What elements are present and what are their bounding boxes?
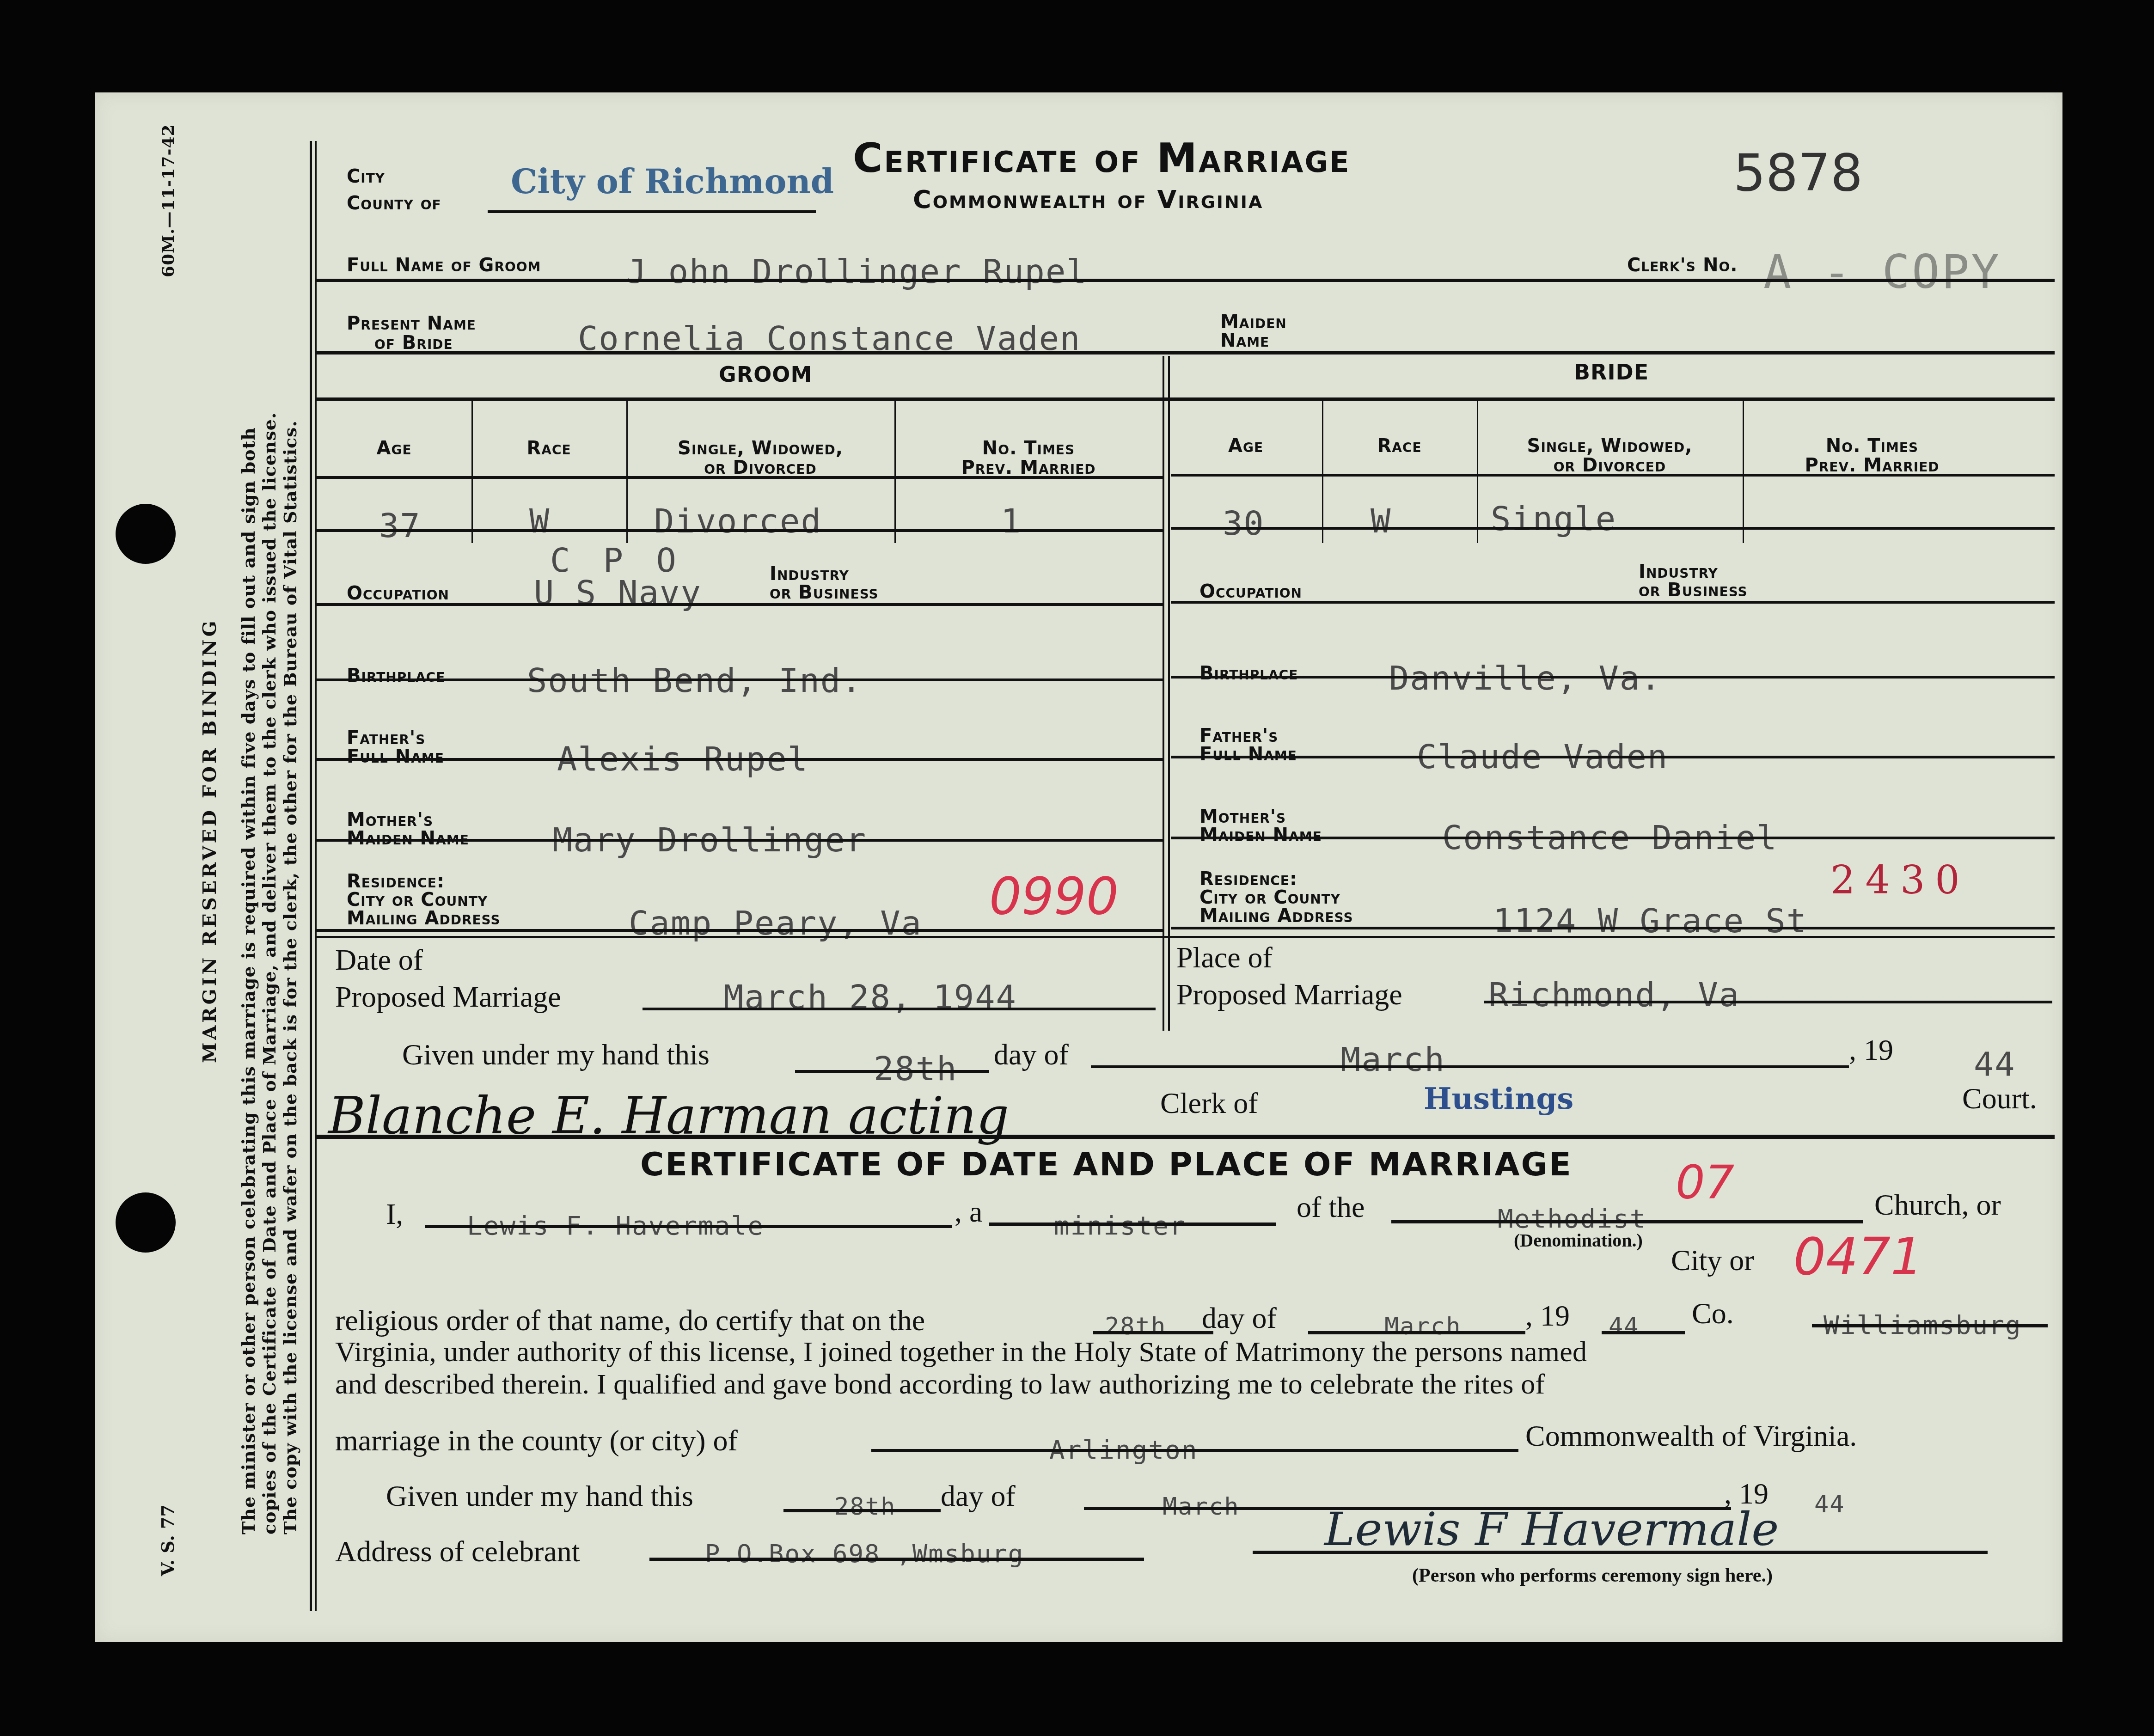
bride-times-header-2: Prev. Married [1743, 455, 2001, 476]
groom-status-value: Divorced [654, 501, 822, 540]
groom-bride-divider [1163, 356, 1164, 1031]
marriage-county-line [1812, 1324, 2048, 1327]
county-of-label: County of [347, 193, 441, 214]
groom-industry-label-1: Industry [770, 564, 849, 584]
bride-status-header-2: or Divorced [1477, 455, 1743, 476]
groom-father-line [317, 758, 1163, 761]
groom-residence-label-3: Mailing Address [347, 908, 501, 929]
a-label: , a [955, 1195, 982, 1229]
proposed-date-value: March 28, 1944 [723, 978, 1017, 1016]
groom-residence-label-2: City or County [347, 890, 488, 910]
groom-occupation-label: Occupation [347, 583, 449, 604]
maiden-name-label-1: Maiden [1220, 312, 1287, 332]
bride-header-line [1171, 474, 2055, 477]
binding-hole-top [116, 504, 176, 564]
address-label: Address of celebrant [335, 1534, 580, 1569]
denomination-label: (Denomination.) [1514, 1229, 1643, 1251]
groom-times-header-2: Prev. Married [894, 458, 1163, 478]
bride-age-value: 30 [1223, 504, 1265, 543]
groom-age-header: Age [317, 438, 471, 458]
groom-industry-label-2: or Business [770, 582, 879, 603]
license-day-line [795, 1070, 989, 1073]
bride-name-line [317, 351, 2055, 355]
binding-hole-bottom [116, 1192, 176, 1253]
marriage-year-prefix: , 19 [1525, 1299, 1570, 1333]
celebrant-given-year: 44 [1814, 1491, 1845, 1518]
bride-race-value: W [1371, 501, 1391, 540]
denomination-line [1391, 1220, 1863, 1223]
bride-age-header: Age [1169, 436, 1322, 456]
date-label-1: Date of [335, 943, 423, 977]
city-label: City [347, 166, 385, 187]
place-label-2: Proposed Marriage [1176, 978, 1402, 1012]
celebrant-title-value: minister [1054, 1211, 1186, 1241]
license-year-prefix: , 19 [1849, 1033, 1893, 1067]
clerk-of-label: Clerk of [1160, 1086, 1258, 1120]
county-text: marriage in the county (or city) of [335, 1424, 738, 1458]
body-line-1: Virginia, under authority of this licens… [335, 1336, 1587, 1369]
marriage-year-value: 44 [1609, 1313, 1640, 1340]
groom-status-header-2: or Divorced [626, 458, 894, 478]
license-month-line [1091, 1065, 1849, 1068]
groom-occupation-line [317, 603, 1163, 606]
celebrant-given-day: 28th [834, 1493, 896, 1521]
bride-father-label-1: Father's [1199, 726, 1278, 746]
bride-times-header-1: No. Times [1743, 436, 2001, 456]
religious-order-text: religious order of that name, do certify… [335, 1303, 925, 1338]
groom-residence-line [317, 929, 1163, 932]
certificate-code-07: 07 [1676, 1155, 1734, 1210]
marriage-year-line [1602, 1331, 1685, 1334]
bride-occupation-line [1171, 601, 2055, 604]
co-label: Co. [1692, 1296, 1734, 1331]
certificate-title: Certificate of Marriage [853, 134, 1351, 182]
certificate-subtitle: Commonwealth of Virginia [913, 185, 1263, 214]
values-line-bride [1171, 527, 2055, 530]
license-day-of: day of [994, 1038, 1069, 1072]
court-name-stamp: Hustings [1424, 1082, 1573, 1116]
bride-residence-label-3: Mailing Address [1199, 906, 1353, 926]
body-line-2: and described therein. I qualified and g… [335, 1368, 1545, 1401]
groom-father-label-1: Father's [347, 728, 425, 748]
residence-bottom-line [317, 936, 2055, 938]
date-line [643, 1008, 1156, 1010]
celebrant-day-line [783, 1509, 941, 1512]
proposed-place-value: Richmond, Va [1488, 975, 1740, 1014]
groom-mother-label-2: Maiden Name [347, 828, 469, 849]
margin-divider-line-inner [315, 141, 317, 1611]
bride-residence-value: 1124 W Grace St [1493, 901, 1807, 940]
of-the-label: of the [1297, 1190, 1365, 1224]
marriage-month-line [1308, 1331, 1525, 1334]
groom-father-label-2: Full Name [347, 746, 444, 767]
license-given-day: 28th [874, 1049, 957, 1088]
groom-mother-label-1: Mother's [347, 810, 433, 830]
groom-status-header-1: Single, Widowed, [626, 438, 894, 458]
license-given-text: Given under my hand this [402, 1038, 710, 1072]
bride-residence-line [1171, 927, 2055, 929]
county-underline [488, 210, 816, 213]
bride-section-title: BRIDE [1574, 360, 1649, 385]
date-label-2: Proposed Marriage [335, 980, 561, 1014]
groom-residence-label-1: Residence: [347, 871, 445, 892]
bride-mother-line [1171, 837, 2055, 839]
commonwealth-label: Commonwealth of Virginia. [1525, 1419, 1857, 1453]
bride-birthplace-line [1171, 676, 2055, 679]
celebrant-given-text: Given under my hand this [386, 1479, 693, 1513]
certificate-paper: 60M.—11-17-42 MARGIN RESERVED FOR BINDIN… [95, 92, 2062, 1642]
celebrant-signature-line [1253, 1551, 1988, 1554]
marriage-day-of: day of [1202, 1301, 1277, 1335]
i-label: I, [386, 1197, 403, 1231]
bride-status-value: Single [1491, 499, 1616, 538]
church-or-label: Church, or [1874, 1188, 2001, 1222]
bride-col-divider-1 [1322, 400, 1323, 543]
address-line [649, 1558, 1144, 1561]
bride-father-line [1171, 756, 2055, 758]
bride-mother-label-1: Mother's [1199, 807, 1286, 827]
city-code: 0471 [1793, 1227, 1923, 1286]
groom-race-value: W [529, 501, 550, 540]
celebrant-signature: Lewis F Havermale [1324, 1502, 1779, 1556]
groom-name-label: Full Name of Groom [347, 255, 541, 275]
clerks-no-stamp: A - COPY [1763, 245, 2001, 299]
celebrant-day-of: day of [941, 1479, 1016, 1513]
margin-instruction-3: The copy with the license and wafer on t… [280, 420, 300, 1534]
groom-bride-divider-2 [1168, 356, 1170, 1031]
court-label: Court. [1962, 1082, 2037, 1116]
groom-occupation-line2: U S Navy [534, 573, 702, 612]
groom-header-line [317, 476, 1163, 479]
bride-industry-label-2: or Business [1639, 580, 1748, 600]
place-label-1: Place of [1176, 941, 1273, 975]
clerk-signature-line [317, 1135, 2055, 1139]
marriage-day-line [1093, 1331, 1213, 1334]
groom-race-header: Race [471, 438, 626, 458]
groom-birthplace-line [317, 679, 1163, 681]
county-value-stamp: City of Richmond [511, 162, 834, 201]
margin-reserved-label: MARGIN RESERVED FOR BINDING [199, 618, 220, 1063]
bride-race-header: Race [1322, 436, 1477, 456]
form-number: V. S. 77 [157, 1504, 178, 1576]
bride-father-label-2: Full Name [1199, 744, 1297, 764]
sign-here-label: (Person who performs ceremony sign here.… [1412, 1565, 1773, 1587]
groom-times-header-1: No. Times [894, 438, 1163, 458]
groom-name-value: J ohn Drollinger Rupel [626, 252, 1088, 291]
bride-birthplace-label: Birthplace [1199, 663, 1298, 684]
clerks-no-label: Clerk's No. [1627, 255, 1738, 275]
celebrant-title-line [989, 1223, 1276, 1226]
maiden-name-label-2: Name [1220, 330, 1269, 351]
address-value: P.O.Box 698 ,Wmsburg [705, 1539, 1024, 1568]
groom-mother-line [317, 839, 1163, 842]
form-code: 60M.—11-17-42 [159, 124, 178, 277]
license-given-year: 44 [1974, 1045, 2016, 1083]
bride-status-header-1: Single, Widowed, [1477, 436, 1743, 456]
bride-occupation-label: Occupation [1199, 581, 1302, 602]
certificate-number: 5878 [1733, 143, 1863, 202]
bride-name-label-2: of Bride [374, 333, 453, 353]
margin-instruction-1: The minister or other person celebrating… [238, 427, 259, 1534]
margin-instruction-2: copies of the Certificate of Date and Pl… [259, 412, 280, 1534]
bond-county-line [871, 1449, 1518, 1452]
groom-residence-code: 0990 [989, 867, 1119, 926]
bride-industry-label-1: Industry [1639, 562, 1718, 582]
groom-birthplace-label: Birthplace [347, 666, 445, 686]
groom-section-title: GROOM [719, 362, 812, 387]
bride-residence-code: 2430 [1830, 857, 1970, 903]
bride-residence-label-1: Residence: [1199, 869, 1297, 889]
groom-name-line [317, 279, 2055, 282]
place-line [1484, 1001, 2052, 1003]
groom-times-value: 1 [1001, 501, 1022, 540]
bride-mother-label-2: Maiden Name [1199, 825, 1322, 845]
values-line-groom [317, 529, 1163, 532]
section-title-line [317, 397, 2055, 401]
certificate-of-date-title: CERTIFICATE OF DATE AND PLACE OF MARRIAG… [640, 1145, 1573, 1183]
license-given-month: March [1340, 1040, 1445, 1079]
bride-name-label-1: Present Name [347, 313, 476, 334]
bride-residence-label-2: City or County [1199, 887, 1340, 908]
margin-divider-line [310, 141, 312, 1611]
groom-age-value: 37 [379, 506, 421, 545]
celebrant-name-line [425, 1225, 952, 1228]
city-or-label: City or [1671, 1243, 1754, 1278]
groom-col-divider-1 [471, 400, 473, 543]
